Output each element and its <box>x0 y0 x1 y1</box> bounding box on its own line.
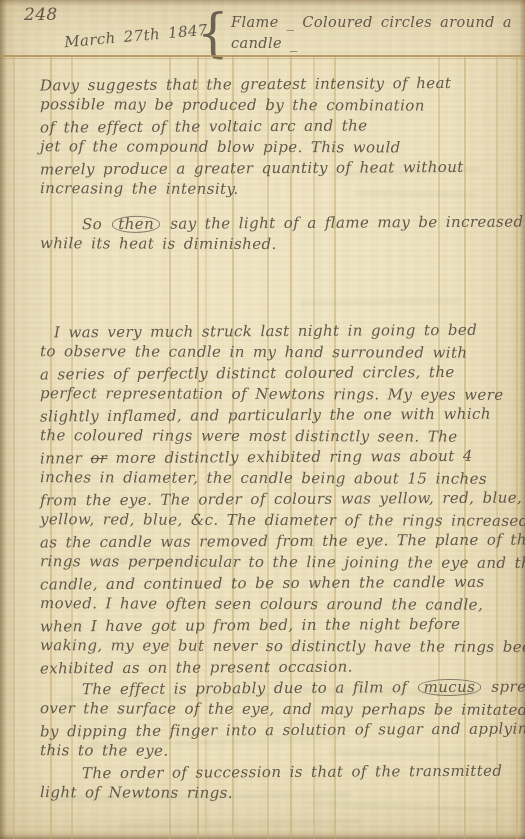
heading-title-line2: candle _ <box>231 36 298 52</box>
manuscript-line: inches in diameter, the candle being abo… <box>40 467 518 490</box>
manuscript-line: inner or more distinctly exhibited ring … <box>40 446 518 470</box>
handwritten-text: perfect representation of Newtons rings.… <box>40 384 504 404</box>
handwritten-text: this to the eye. <box>40 741 169 759</box>
handwritten-text: a series of perfectly distinct coloured … <box>40 363 455 384</box>
manuscript-body: Davy suggests that the greatest intensit… <box>40 74 518 804</box>
circled-word: mucus <box>418 679 482 696</box>
handwritten-text: more distinctly exhibited ring was about… <box>107 447 472 467</box>
circled-word: then <box>112 216 160 233</box>
manuscript-line: yellow, red, blue, &c. The diameter of t… <box>40 509 518 532</box>
manuscript-line: moved. I have often seen colours around … <box>40 593 518 616</box>
struck-out-word: or <box>90 449 107 467</box>
page-number: 248 <box>24 5 58 25</box>
manuscript-line: to observe the candle in my hand surroun… <box>40 341 518 364</box>
handwritten-text: moved. I have often seen colours around … <box>40 594 483 614</box>
manuscript-line: from the eye. The order of colours was y… <box>40 488 518 512</box>
handwritten-text: from the eye. The order of colours was y… <box>40 489 522 510</box>
manuscript-line: by dipping the finger into a solution of… <box>40 719 518 743</box>
page-edge-shadow-left <box>0 0 7 839</box>
manuscript-line: waking, my eye but never so distinctly h… <box>40 635 518 658</box>
manuscript-line: The effect is probably due to a film of … <box>40 677 518 701</box>
manuscript-line: candle, and continued to be so when the … <box>40 572 518 596</box>
manuscript-line: light of Newtons rings. <box>40 782 518 805</box>
handwritten-text: while its heat is diminished. <box>40 234 277 253</box>
manuscript-line: while its heat is diminished. <box>40 233 518 256</box>
manuscript-line: I was very much struck last night in goi… <box>40 320 518 344</box>
handwritten-text: possible may be produced by the combinat… <box>40 95 425 114</box>
manuscript-line: this to the eye. <box>40 740 518 763</box>
manuscript-paragraph: The order of succession is that of the t… <box>40 762 518 804</box>
manuscript-paragraph: The effect is probably due to a film of … <box>40 678 518 762</box>
bleedthrough-mark <box>120 820 360 828</box>
manuscript-line: possible may be produced by the combinat… <box>40 94 518 117</box>
handwritten-text: The effect is probably due to a film of <box>82 678 416 698</box>
handwritten-text: of the effect of the voltaic arc and the <box>40 116 368 136</box>
manuscript-line: slightly inflamed, and particularly the … <box>40 404 518 428</box>
handwritten-text: Davy suggests that the greatest intensit… <box>40 74 451 95</box>
handwritten-text: to observe the candle in my hand surroun… <box>40 342 468 361</box>
handwritten-text: the coloured rings were most distinctly … <box>40 426 458 445</box>
handwritten-text: inches in diameter, the candle being abo… <box>40 468 487 488</box>
page-edge-shadow-bottom <box>0 833 525 839</box>
manuscript-line: over the surface of the eye, and may per… <box>40 698 518 721</box>
manuscript-line: of the effect of the voltaic arc and the <box>40 115 518 139</box>
handwritten-text: inner <box>40 449 90 467</box>
manuscript-line: jet of the compound blow pipe. This woul… <box>40 136 518 159</box>
manuscript-line: Davy suggests that the greatest intensit… <box>40 73 518 97</box>
handwritten-text: So <box>82 215 110 233</box>
handwritten-text: yellow, red, blue, &c. The diameter of t… <box>40 510 525 530</box>
manuscript-line: So then say the light of a flame may be … <box>40 212 518 236</box>
handwritten-text: over the surface of the eye, and may per… <box>40 699 525 719</box>
manuscript-line: exhibited as on the present occasion. <box>40 656 518 680</box>
manuscript-paragraph: I was very much struck last night in goi… <box>40 321 518 678</box>
handwritten-text: say the light of a flame may be increase… <box>162 213 523 233</box>
manuscript-line: merely produce a greater quantity of hea… <box>40 157 518 181</box>
heading-title-line1: Flame _ Coloured circles around a <box>231 15 512 31</box>
manuscript-line: a series of perfectly distinct coloured … <box>40 362 518 386</box>
manuscript-line: the coloured rings were most distinctly … <box>40 425 518 448</box>
handwritten-text: slightly inflamed, and particularly the … <box>40 405 491 426</box>
ruled-vertical-line <box>13 57 15 839</box>
manuscript-paragraph: Davy suggests that the greatest intensit… <box>40 74 518 200</box>
handwritten-text: when I have got up from bed, in the nigh… <box>40 615 461 636</box>
handwritten-text: jet of the compound blow pipe. This woul… <box>40 137 401 156</box>
handwritten-text: rings was perpendicular to the line join… <box>40 552 525 572</box>
handwritten-text: by dipping the finger into a solution of… <box>40 719 525 740</box>
manuscript-page: 248 March 27th 1847 { Flame _ Coloured c… <box>0 0 525 839</box>
handwritten-text: increasing the intensity. <box>40 179 239 198</box>
handwritten-text: light of Newtons rings. <box>40 783 233 802</box>
manuscript-line: perfect representation of Newtons rings.… <box>40 383 518 406</box>
manuscript-line: The order of succession is that of the t… <box>40 761 518 785</box>
entry-date: March 27th 1847 <box>63 21 208 51</box>
header-rule-shadow <box>0 58 525 59</box>
handwritten-text: spread <box>483 677 525 695</box>
handwritten-text: merely produce a greater quantity of hea… <box>40 158 464 179</box>
manuscript-line: increasing the intensity. <box>40 178 518 201</box>
header-rule <box>0 55 525 57</box>
handwritten-text: I was very much struck last night in goi… <box>54 321 477 342</box>
handwritten-text: waking, my eye but never so distinctly h… <box>40 636 525 656</box>
handwritten-text: as the candle was removed from the eye. … <box>40 530 525 551</box>
handwritten-text: The order of succession is that of the t… <box>82 762 503 783</box>
handwritten-text: exhibited as on the present occasion. <box>40 658 353 678</box>
page-edge-shadow-top <box>0 0 525 5</box>
manuscript-line: as the candle was removed from the eye. … <box>40 530 518 554</box>
handwritten-text: candle, and continued to be so when the … <box>40 573 485 594</box>
manuscript-line: when I have got up from bed, in the nigh… <box>40 614 518 638</box>
manuscript-line: rings was perpendicular to the line join… <box>40 551 518 574</box>
manuscript-paragraph: So then say the light of a flame may be … <box>40 213 518 255</box>
